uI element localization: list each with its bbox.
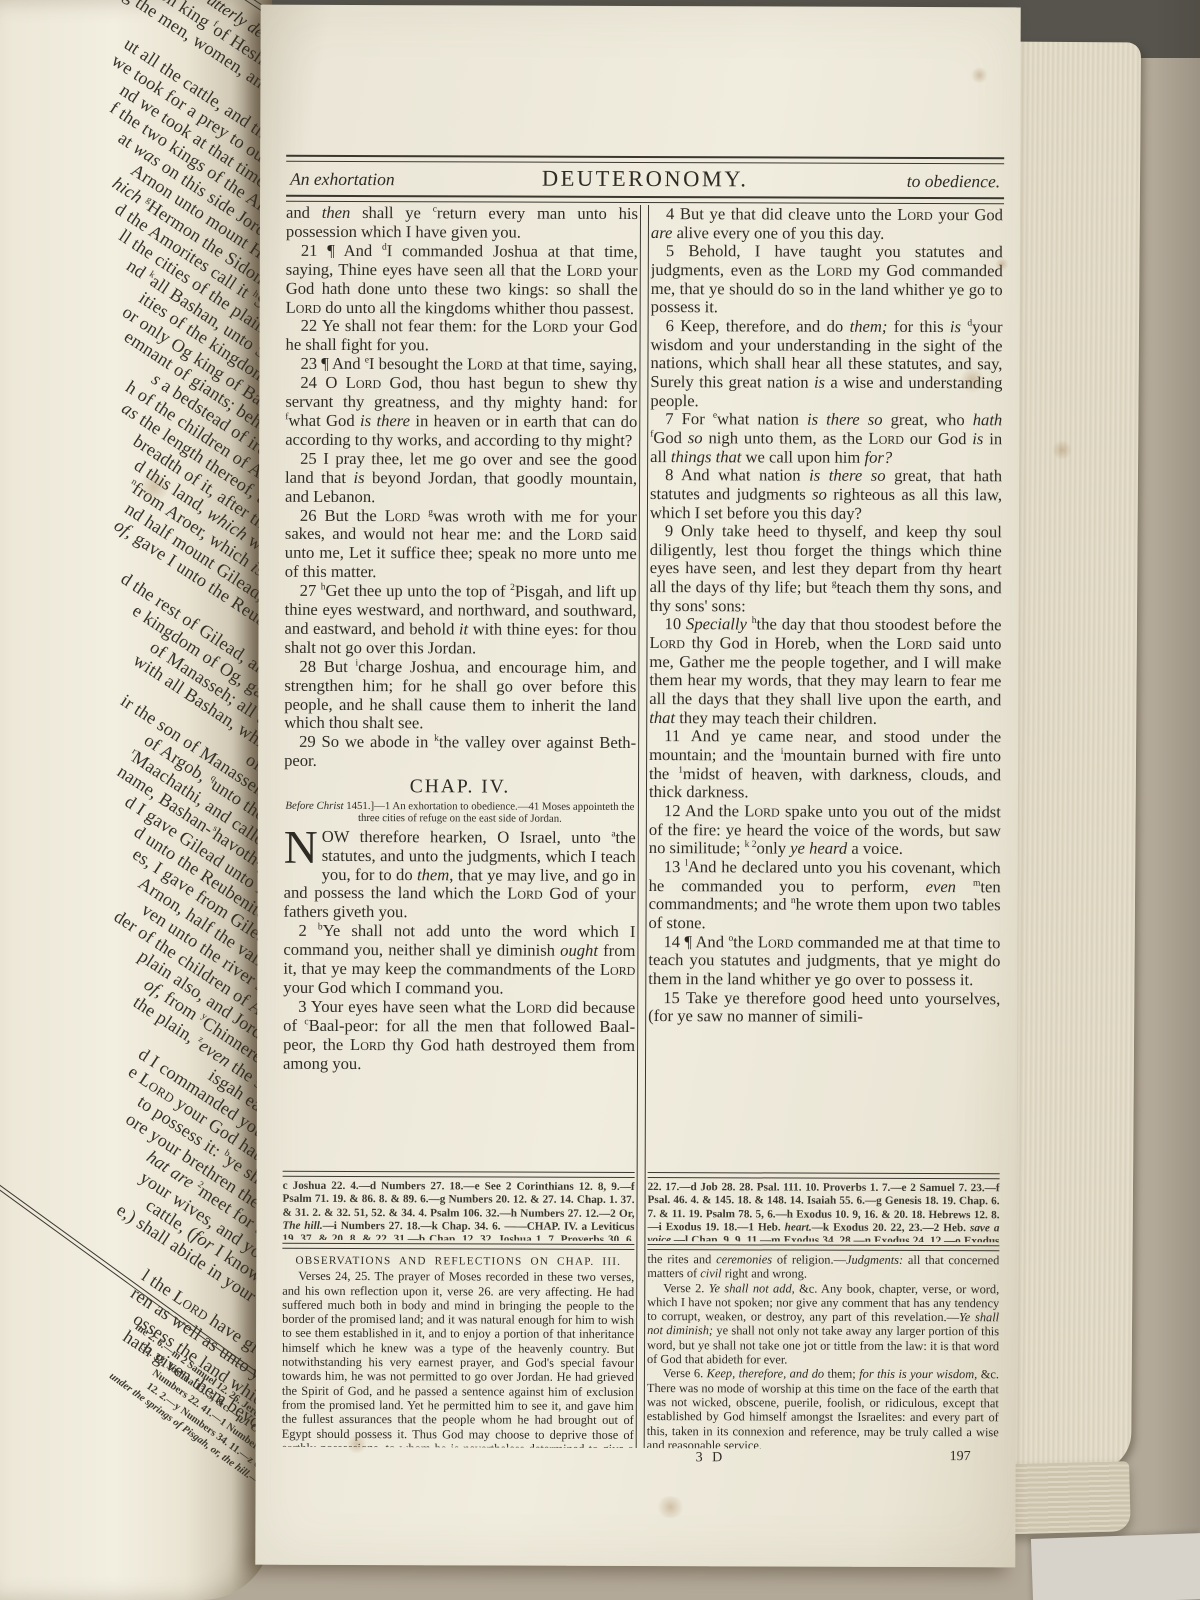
verse-paragraph: 27 hGet thee up unto the top of 2Pisgah,…	[284, 582, 636, 659]
verse-paragraph: 10 Specially hthe day that thou stoodest…	[649, 615, 1001, 728]
footnote-rule	[648, 1172, 1000, 1179]
left-column-verses: and then shall ye creturn every man unto…	[283, 204, 638, 1167]
right-column-verses: 4 But ye that did cleave unto the Lord y…	[648, 205, 1003, 1168]
background-surface-corner	[1031, 1533, 1200, 1600]
verse-paragraph: 14 ¶ And othe Lord commanded me at that …	[648, 933, 1000, 990]
right-observations: the rites and ceremonies of religion.—Ju…	[647, 1252, 1000, 1449]
verse-paragraph: 2 bYe shall not add unto the word which …	[283, 922, 635, 999]
verse-paragraph: 21 ¶ And dI commanded Joshua at that tim…	[286, 242, 638, 319]
observations-rule	[282, 1243, 634, 1250]
running-header: An exhortation DEUTERONOMY. to obedience…	[286, 162, 1004, 198]
verse-paragraph: 5 Behold, I have taught you statutes and…	[651, 242, 1003, 318]
verse-paragraph: and then shall ye creturn every man unto…	[286, 204, 638, 243]
left-observations: OBSERVATIONS AND REFLECTIONS ON CHAP. II…	[282, 1251, 635, 1448]
running-header-left: An exhortation	[290, 169, 470, 191]
foxing-spot	[655, 1496, 685, 1518]
chapter-heading: CHAP. IV.	[284, 778, 636, 798]
chapter-intro: Before Christ 1451.]—1 An exhortation to…	[284, 800, 636, 826]
right-column: 4 But ye that did cleave unto the Lord y…	[647, 205, 1003, 1449]
verse-paragraph: 9 Only take heed to thyself, and keep th…	[650, 522, 1002, 617]
verse-paragraph: 3 Your eyes have seen what the Lord did …	[283, 998, 635, 1075]
main-page: An exhortation DEUTERONOMY. to obedience…	[255, 5, 1020, 1568]
header-bottom-rule	[286, 195, 1004, 205]
observations-paragraph: Verse 6. Keep, therefore, and do them; f…	[647, 1366, 999, 1449]
verse-paragraph: 11 And ye came near, and stood under the…	[649, 727, 1001, 803]
observations-paragraph: the rites and ceremonies of religion.—Ju…	[647, 1252, 999, 1282]
left-column: and then shall ye creturn every man unto…	[282, 204, 638, 1448]
verse-paragraph: 26 But the Lord gwas wroth with me for y…	[285, 506, 637, 583]
verse-paragraph: 8 And what nation is there so great, tha…	[650, 466, 1002, 523]
verse-paragraph: 12 And the Lord spake unto you out of th…	[649, 802, 1001, 859]
verse-paragraph: 6 Keep, therefore, and do them; for this…	[650, 317, 1002, 412]
drop-cap: N	[284, 827, 322, 865]
verse-paragraph: 25 I pray thee, let me go over and see t…	[285, 450, 637, 508]
verse-paragraph: 15 Take ye therefore good heed unto your…	[648, 989, 1000, 1028]
running-header-right: to obedience.	[820, 171, 1000, 193]
observations-paragraph: Verses 24, 25. The prayer of Moses recor…	[282, 1269, 635, 1448]
right-footnotes: 22. 17.—d Job 28. 28. Psal. 111. 10. Pro…	[647, 1181, 999, 1242]
book-fore-edge-pages	[1001, 42, 1141, 1473]
verse-paragraph: 22 Ye shall not fear them: for the Lord …	[286, 317, 638, 356]
photo-vignette	[1154, 0, 1200, 1600]
verse-paragraph: 24 O Lord God, thou hast begun to shew t…	[285, 374, 637, 451]
verse-paragraph: 29 So we abode in kthe valley over again…	[284, 733, 636, 772]
book-photo: { "colors": { "ink": "#2e2b25", "paper":…	[0, 0, 1200, 1600]
footnote-rule	[283, 1171, 635, 1178]
verse-paragraph: 4 But ye that did cleave unto the Lord y…	[651, 205, 1003, 244]
verse-paragraph-dropcap: NOW therefore hearken, O Israel, unto at…	[284, 827, 636, 923]
verse-paragraph: 7 For ewhat nation is there so great, wh…	[650, 410, 1002, 467]
book-title: DEUTERONOMY.	[470, 165, 820, 192]
page-number: 197	[950, 1449, 971, 1465]
page-footer: 3 D 197	[282, 1447, 1000, 1474]
observations-rule	[647, 1244, 999, 1251]
observations-paragraph: Verse 2. Ye shall not add, &c. Any book,…	[647, 1281, 999, 1368]
left-footnotes: c Joshua 22. 4.—d Numbers 27. 18.—e See …	[282, 1180, 634, 1241]
observations-heading: OBSERVATIONS AND REFLECTIONS ON CHAP. II…	[282, 1254, 634, 1270]
previous-page-curved: utterly destr to Sihon king fof Heshbon,…	[0, 0, 272, 1600]
printer-signature: 3 D	[696, 1450, 726, 1466]
verse-paragraph: 13 lAnd he declared unto you his covenan…	[648, 858, 1000, 934]
verse-paragraph: 28 But icharge Joshua, and encourage him…	[284, 658, 636, 735]
